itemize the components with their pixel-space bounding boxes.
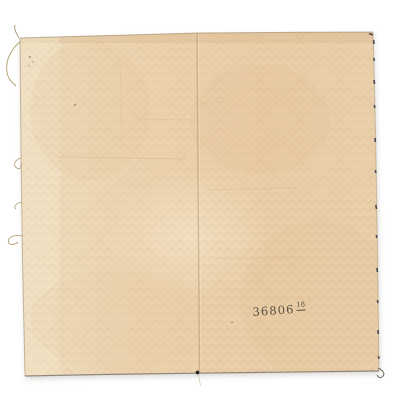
- accession-number: 36806: [252, 302, 295, 319]
- accession-superscript: 18: [296, 301, 306, 311]
- fabric-surface: [14, 28, 396, 380]
- photo-canvas: 3680618: [0, 0, 396, 396]
- textile-fragment-photo: [0, 0, 396, 396]
- bottom-center-speck: [196, 371, 200, 375]
